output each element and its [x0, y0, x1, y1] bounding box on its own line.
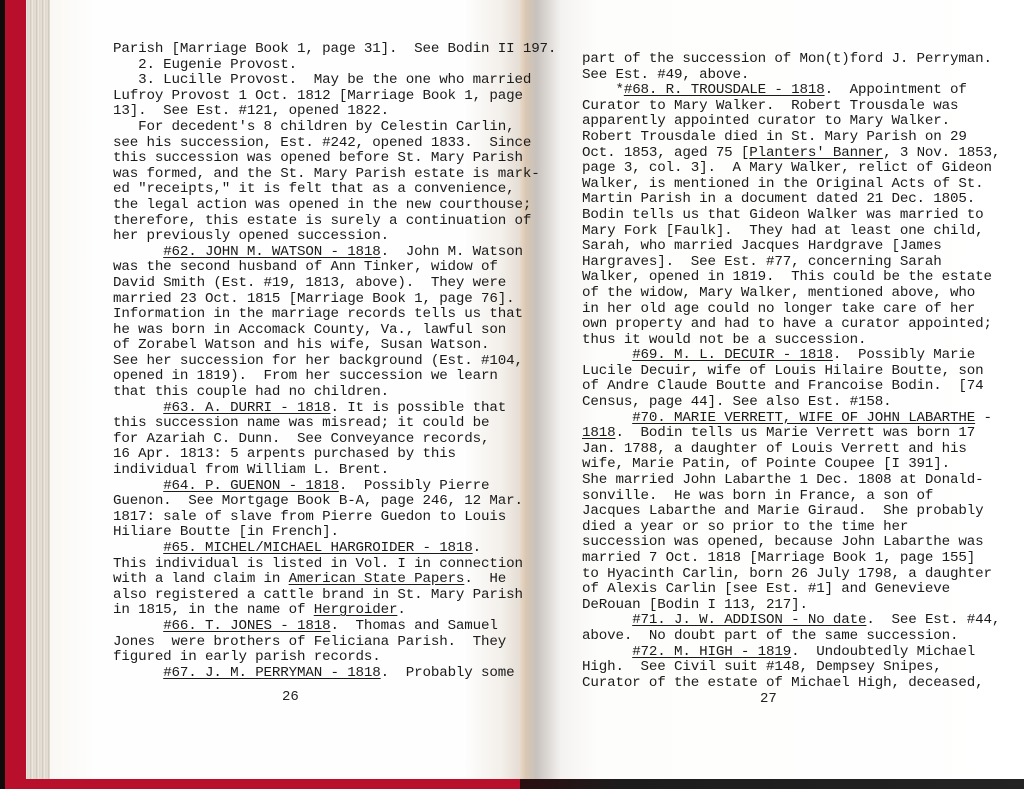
text-line: ed "receipts," it is felt that as a conv…	[113, 182, 556, 198]
text-line: apparently appointed curator to Mary Wal…	[582, 114, 1000, 130]
text-run: of the widow, Mary Walker, mentioned abo…	[582, 285, 975, 301]
text-run: See her succession for her background (E…	[113, 353, 523, 369]
text-run: for Azariah C. Dunn. See Conveyance reco…	[113, 431, 489, 447]
text-line: Parish [Marriage Book 1, page 31]. See B…	[113, 42, 556, 58]
text-line: #65. MICHEL/MICHAEL HARGROIDER - 1818.	[113, 541, 556, 557]
text-run: Census, page 44]. See also Est. #158.	[582, 394, 891, 410]
text-line: of the widow, Mary Walker, mentioned abo…	[582, 286, 1000, 302]
text-run	[582, 410, 632, 426]
text-run: She married John Labarthe 1 Dec. 1808 at…	[582, 472, 983, 488]
text-line: above. No doubt part of the same success…	[582, 629, 1000, 645]
text-run: . He	[464, 571, 506, 587]
text-run: This individual is listed in Vol. I in c…	[113, 556, 523, 572]
text-line: part of the succession of Mon(t)ford J. …	[582, 52, 1000, 68]
text-line: Lufroy Provost 1 Oct. 1812 [Marriage Boo…	[113, 89, 556, 105]
text-run: Mary Fork [Faulk]. They had at least one…	[582, 223, 983, 239]
text-line: was the second husband of Ann Tinker, wi…	[113, 260, 556, 276]
right-page-text: part of the succession of Mon(t)ford J. …	[582, 52, 1000, 691]
text-run: apparently appointed curator to Mary Wal…	[582, 113, 950, 129]
text-run: succession was opened, because John Laba…	[582, 534, 983, 550]
text-line: her previously opened succession.	[113, 229, 556, 245]
text-run: . Possibly Pierre	[339, 478, 490, 494]
text-run	[113, 400, 163, 416]
underlined-heading: #62. JOHN M. WATSON - 1818	[163, 244, 380, 260]
text-run: 13]. See Est. #121, opened 1822.	[113, 103, 389, 119]
text-run: of Alexis Carlin [see Est. #1] and Genev…	[582, 581, 950, 597]
text-run: For decedent's 8 children by Celestin Ca…	[113, 119, 514, 135]
text-run: Walker, opened in 1819. This could be th…	[582, 269, 992, 285]
text-line: Sarah, who married Jacques Hardgrave [Ja…	[582, 239, 1000, 255]
text-line: individual from William L. Brent.	[113, 463, 556, 479]
text-run: Walker, is mentioned in the Original Act…	[582, 176, 983, 192]
text-line: sonville. He was born in France, a son o…	[582, 489, 1000, 505]
text-run	[113, 244, 163, 260]
text-line: married 23 Oct. 1815 [Marriage Book 1, p…	[113, 292, 556, 308]
text-run: 3. Lucille Provost. May be the one who m…	[113, 72, 531, 88]
text-run: therefore, this estate is surely a conti…	[113, 213, 531, 229]
text-line: this succession name was misread; it cou…	[113, 416, 556, 432]
text-line: #62. JOHN M. WATSON - 1818. John M. Wats…	[113, 245, 556, 261]
text-run: . Thomas and Samuel	[330, 618, 497, 634]
text-line: 2. Eugenie Provost.	[113, 58, 556, 74]
text-run: was the second husband of Ann Tinker, wi…	[113, 259, 498, 275]
text-line: see his succession, Est. #242, opened 18…	[113, 136, 556, 152]
text-run	[113, 478, 163, 494]
underlined-heading: #63. A. DURRI - 1818	[163, 400, 330, 416]
underlined-heading: #65. MICHEL/MICHAEL HARGROIDER - 1818	[163, 540, 472, 556]
text-line: Oct. 1853, aged 75 [Planters' Banner, 3 …	[582, 146, 1000, 162]
text-line: #64. P. GUENON - 1818. Possibly Pierre	[113, 479, 556, 495]
text-run: . Probably some	[381, 665, 515, 681]
text-run: above. No doubt part of the same success…	[582, 628, 958, 644]
text-run: . It is possible that	[330, 400, 506, 416]
text-line: Census, page 44]. See also Est. #158.	[582, 395, 1000, 411]
text-run: Parish [Marriage Book 1, page 31]. See B…	[113, 41, 556, 57]
text-line: succession was opened, because John Laba…	[582, 535, 1000, 551]
text-line: of Andre Claude Boutte and Francoise Bod…	[582, 379, 1000, 395]
text-line: DeRouan [Bodin I 113, 217].	[582, 598, 1000, 614]
text-run	[113, 540, 163, 556]
text-line: #63. A. DURRI - 1818. It is possible tha…	[113, 401, 556, 417]
text-run: 2. Eugenie Provost.	[113, 57, 297, 73]
text-run: thus it would not be a succession.	[582, 332, 866, 348]
text-line: #71. J. W. ADDISON - No date. See Est. #…	[582, 613, 1000, 629]
text-line: Jan. 1788, a daughter of Louis Verrett a…	[582, 442, 1000, 458]
text-line: Information in the marriage records tell…	[113, 307, 556, 323]
text-run: Hargraves]. See Est. #77, concerning Sar…	[582, 254, 942, 270]
text-line: Hiliare Boutte [in French].	[113, 525, 556, 541]
text-run: figured in early parish records.	[113, 649, 381, 665]
text-run: Curator of the estate of Michael High, d…	[582, 675, 983, 691]
text-run	[113, 618, 163, 634]
text-line: Bodin tells us that Gideon Walker was ma…	[582, 208, 1000, 224]
text-run: individual from William L. Brent.	[113, 462, 389, 478]
text-run: Sarah, who married Jacques Hardgrave [Ja…	[582, 238, 942, 254]
text-line: Mary Fork [Faulk]. They had at least one…	[582, 224, 1000, 240]
text-run: . John M. Watson	[381, 244, 523, 260]
text-line: 1818. Bodin tells us Marie Verrett was b…	[582, 426, 1000, 442]
text-run	[113, 665, 163, 681]
page-number-right: 27	[760, 691, 777, 707]
text-run: . See Est. #44,	[866, 612, 1000, 628]
underlined-heading: #72. M. HIGH - 1819	[632, 644, 791, 660]
text-line: the legal action was opened in the new c…	[113, 198, 556, 214]
text-run: -	[975, 410, 992, 426]
underlined-heading: American State Papers	[289, 571, 465, 587]
text-line: This individual is listed in Vol. I in c…	[113, 557, 556, 573]
text-run	[582, 644, 632, 660]
underlined-heading: Planters' Banner	[749, 145, 883, 161]
text-line: David Smith (Est. #19, 1813, above). The…	[113, 276, 556, 292]
text-run: that this couple had no children.	[113, 384, 389, 400]
text-run: Oct. 1853, aged 75 [	[582, 145, 749, 161]
text-run: . Possibly Marie	[833, 347, 975, 363]
underlined-heading: #69. M. L. DECUIR - 1818	[632, 347, 833, 363]
text-line: *#68. R. TROUSDALE - 1818. Appointment o…	[582, 83, 1000, 99]
text-run: died a year or so prior to the time her	[582, 519, 908, 535]
text-line: this succession was opened before St. Ma…	[113, 151, 556, 167]
underlined-heading: #71. J. W. ADDISON - No date	[632, 612, 866, 628]
text-run: High. See Civil suit #148, Dempsey Snipe…	[582, 659, 942, 675]
underlined-heading: #68. R. TROUSDALE - 1818	[624, 82, 825, 98]
text-line: #72. M. HIGH - 1819. Undoubtedly Michael	[582, 645, 1000, 661]
text-run: . Appointment of	[825, 82, 967, 98]
text-line: of Alexis Carlin [see Est. #1] and Genev…	[582, 582, 1000, 598]
text-run: Bodin tells us that Gideon Walker was ma…	[582, 207, 983, 223]
text-line: She married John Labarthe 1 Dec. 1808 at…	[582, 473, 1000, 489]
text-run: also registered a cattle brand in St. Ma…	[113, 587, 523, 603]
left-page-text: Parish [Marriage Book 1, page 31]. See B…	[113, 42, 556, 681]
text-run: he was born in Accomack County, Va., law…	[113, 322, 506, 338]
text-line: 13]. See Est. #121, opened 1822.	[113, 104, 556, 120]
text-run: of Zorabel Watson and his wife, Susan Wa…	[113, 337, 489, 353]
text-run: married 23 Oct. 1815 [Marriage Book 1, p…	[113, 291, 514, 307]
text-run: Guenon. See Mortgage Book B-A, page 246,…	[113, 493, 523, 509]
text-line: in her old age could no longer take care…	[582, 302, 1000, 318]
text-run: Hiliare Boutte [in French].	[113, 524, 339, 540]
text-line: Lucile Decuir, wife of Louis Hilaire Bou…	[582, 364, 1000, 380]
text-run: David Smith (Est. #19, 1813, above). The…	[113, 275, 506, 291]
text-run: opened in 1819). From her succession we …	[113, 368, 498, 384]
text-run: her previously opened succession.	[113, 228, 389, 244]
book-cover-bottom	[520, 778, 1024, 789]
underlined-heading: #64. P. GUENON - 1818	[163, 478, 339, 494]
text-line: See Est. #49, above.	[582, 68, 1000, 84]
text-line: 16 Apr. 1813: 5 arpents purchased by thi…	[113, 447, 556, 463]
text-line: thus it would not be a succession.	[582, 333, 1000, 349]
text-line: to Hyacinth Carlin, born 26 July 1798, a…	[582, 567, 1000, 583]
text-run: this succession was opened before St. Ma…	[113, 150, 523, 166]
text-run: DeRouan [Bodin I 113, 217].	[582, 597, 808, 613]
text-run	[582, 347, 632, 363]
text-run: Martin Parish in a document dated 21 Dec…	[582, 191, 975, 207]
text-run: to Hyacinth Carlin, born 26 July 1798, a…	[582, 566, 992, 582]
text-run: Jacques Labarthe and Marie Giraud. She p…	[582, 503, 983, 519]
text-line: #69. M. L. DECUIR - 1818. Possibly Marie	[582, 348, 1000, 364]
text-line: was formed, and the St. Mary Parish esta…	[113, 167, 556, 183]
text-line: Jacques Labarthe and Marie Giraud. She p…	[582, 504, 1000, 520]
text-line: 3. Lucille Provost. May be the one who m…	[113, 73, 556, 89]
text-line: Guenon. See Mortgage Book B-A, page 246,…	[113, 494, 556, 510]
text-line: died a year or so prior to the time her	[582, 520, 1000, 536]
text-run: sonville. He was born in France, a son o…	[582, 488, 933, 504]
text-run: Jones were brothers of Feliciana Parish.…	[113, 634, 506, 650]
text-line: wife, Marie Patin, of Pointe Coupee [I 3…	[582, 457, 1000, 473]
text-line: married 7 Oct. 1818 [Marriage Book 1, pa…	[582, 551, 1000, 567]
underlined-heading: #70. MARIE VERRETT, WIFE OF JOHN LABARTH…	[632, 410, 975, 426]
text-run: with a land claim in	[113, 571, 289, 587]
text-line: for Azariah C. Dunn. See Conveyance reco…	[113, 432, 556, 448]
text-run: *	[582, 82, 624, 98]
text-run: . Bodin tells us Marie Verrett was born …	[615, 425, 975, 441]
text-run: See Est. #49, above.	[582, 67, 749, 83]
text-line: he was born in Accomack County, Va., law…	[113, 323, 556, 339]
text-run: 1817: sale of slave from Pierre Guedon t…	[113, 509, 506, 525]
text-line: #70. MARIE VERRETT, WIFE OF JOHN LABARTH…	[582, 411, 1000, 427]
text-line: See her succession for her background (E…	[113, 354, 556, 370]
text-run: part of the succession of Mon(t)ford J. …	[582, 51, 992, 67]
underlined-heading: #67. J. M. PERRYMAN - 1818	[163, 665, 380, 681]
text-run: Robert Trousdale died in St. Mary Parish…	[582, 129, 967, 145]
text-run: .	[397, 602, 405, 618]
underlined-heading: Hergroider	[314, 602, 398, 618]
text-run: Information in the marriage records tell…	[113, 306, 523, 322]
page-number-left: 26	[282, 689, 299, 705]
text-line: figured in early parish records.	[113, 650, 556, 666]
text-line: page 3, col. 3]. A Mary Walker, relict o…	[582, 161, 1000, 177]
text-run: page 3, col. 3]. A Mary Walker, relict o…	[582, 160, 992, 176]
page-edges	[26, 0, 52, 779]
text-line: therefore, this estate is surely a conti…	[113, 214, 556, 230]
text-run: own property and had to have a curator a…	[582, 316, 992, 332]
text-line: Curator of the estate of Michael High, d…	[582, 676, 1000, 692]
text-run: . Undoubtedly Michael	[791, 644, 975, 660]
text-run: in her old age could no longer take care…	[582, 301, 975, 317]
text-line: Walker, opened in 1819. This could be th…	[582, 270, 1000, 286]
text-run: was formed, and the St. Mary Parish esta…	[113, 166, 540, 182]
text-run: Curator to Mary Walker. Robert Trousdale…	[582, 98, 958, 114]
text-line: also registered a cattle brand in St. Ma…	[113, 588, 556, 604]
text-run: see his succession, Est. #242, opened 18…	[113, 135, 531, 151]
text-run: , 3 Nov. 1853,	[883, 145, 1000, 161]
text-line: own property and had to have a curator a…	[582, 317, 1000, 333]
text-line: Robert Trousdale died in St. Mary Parish…	[582, 130, 1000, 146]
text-run: Jan. 1788, a daughter of Louis Verrett a…	[582, 441, 967, 457]
text-run: .	[473, 540, 481, 556]
underlined-heading: #66. T. JONES - 1818	[163, 618, 330, 634]
text-run: 16 Apr. 1813: 5 arpents purchased by thi…	[113, 446, 456, 462]
text-line: in 1815, in the name of Hergroider.	[113, 603, 556, 619]
text-line: Jones were brothers of Feliciana Parish.…	[113, 635, 556, 651]
text-line: Martin Parish in a document dated 21 Dec…	[582, 192, 1000, 208]
underlined-heading: 1818	[582, 425, 615, 441]
text-run: of Andre Claude Boutte and Francoise Bod…	[582, 378, 983, 394]
text-run: wife, Marie Patin, of Pointe Coupee [I 3…	[582, 456, 950, 472]
text-line: Walker, is mentioned in the Original Act…	[582, 177, 1000, 193]
text-line: of Zorabel Watson and his wife, Susan Wa…	[113, 338, 556, 354]
text-line: For decedent's 8 children by Celestin Ca…	[113, 120, 556, 136]
text-run: in 1815, in the name of	[113, 602, 314, 618]
text-run: this succession name was misread; it cou…	[113, 415, 489, 431]
text-line: opened in 1819). From her succession we …	[113, 369, 556, 385]
text-run: ed "receipts," it is felt that as a conv…	[113, 181, 514, 197]
text-line: that this couple had no children.	[113, 385, 556, 401]
text-line: Curator to Mary Walker. Robert Trousdale…	[582, 99, 1000, 115]
text-run: the legal action was opened in the new c…	[113, 197, 531, 213]
text-run: Lucile Decuir, wife of Louis Hilaire Bou…	[582, 363, 983, 379]
text-run: married 7 Oct. 1818 [Marriage Book 1, pa…	[582, 550, 975, 566]
text-line: #66. T. JONES - 1818. Thomas and Samuel	[113, 619, 556, 635]
text-line: High. See Civil suit #148, Dempsey Snipe…	[582, 660, 1000, 676]
text-line: #67. J. M. PERRYMAN - 1818. Probably som…	[113, 666, 556, 682]
text-line: Hargraves]. See Est. #77, concerning Sar…	[582, 255, 1000, 271]
text-line: with a land claim in American State Pape…	[113, 572, 556, 588]
text-run	[582, 612, 632, 628]
text-line: 1817: sale of slave from Pierre Guedon t…	[113, 510, 556, 526]
text-run: Lufroy Provost 1 Oct. 1812 [Marriage Boo…	[113, 88, 523, 104]
